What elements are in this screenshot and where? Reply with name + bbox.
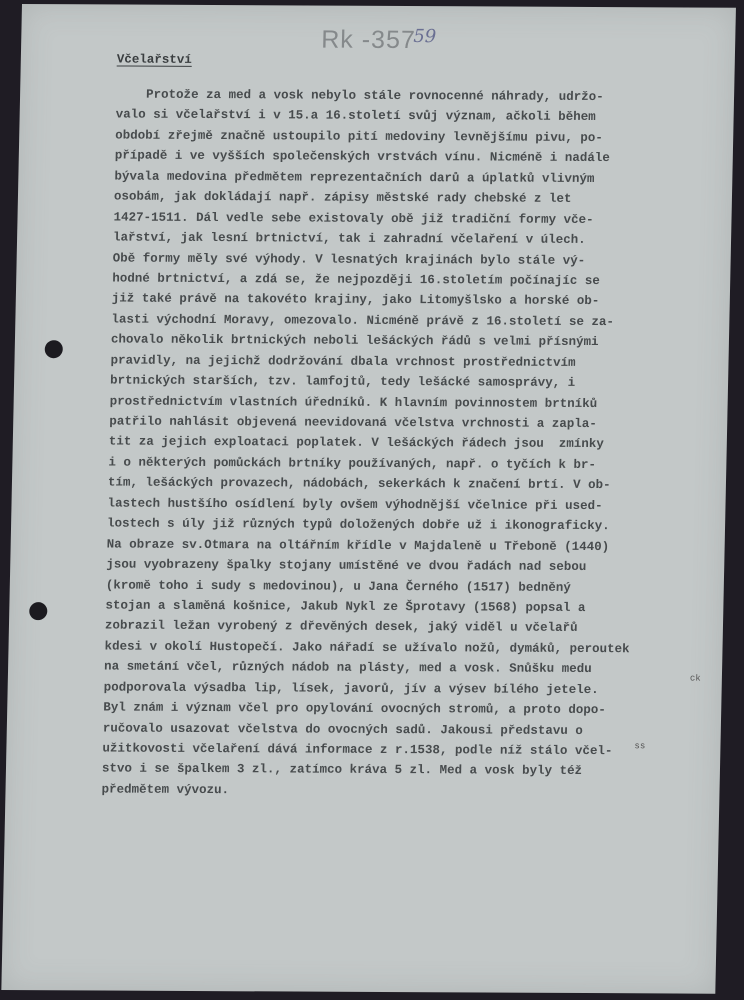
text-line: na smetání včel, různých nádob na plásty… [104, 657, 724, 681]
text-line: chovalo několik brtnických neboli lešáck… [111, 330, 731, 354]
text-line: lařství, jak lesní brtnictví, tak i zahr… [113, 228, 733, 252]
text-line: Byl znám i význam včel pro opylování ovo… [103, 698, 723, 722]
text-line: případě i ve vyšších společenských vrstv… [115, 146, 735, 170]
margin-annotation: ss [634, 741, 645, 751]
document-page: Rk -357 59 Včelařství Protože za med a v… [1, 4, 736, 994]
text-line: brtnických starších, tzv. lamfojtů, tedy… [110, 371, 730, 395]
text-line: tím, lešáckých provazech, nádobách, seke… [108, 473, 728, 497]
text-line: předmětem vývozu. [101, 779, 721, 803]
body-text: Protože za med a vosk nebylo stále rovno… [101, 85, 736, 804]
archive-stamp: Rk -357 [321, 26, 416, 55]
section-heading: Včelařství [117, 53, 192, 67]
text-line: jsou vyobrazeny špalky stojany umístěné … [106, 555, 726, 579]
punch-hole [29, 602, 47, 620]
text-line: osobám, jak dokládají např. zápisy městs… [114, 187, 734, 211]
text-line: lostech s úly již různých typů doloženýc… [107, 514, 727, 538]
folio-number: 59 [413, 26, 436, 47]
punch-hole [45, 340, 63, 358]
margin-annotation: ck [690, 674, 701, 684]
